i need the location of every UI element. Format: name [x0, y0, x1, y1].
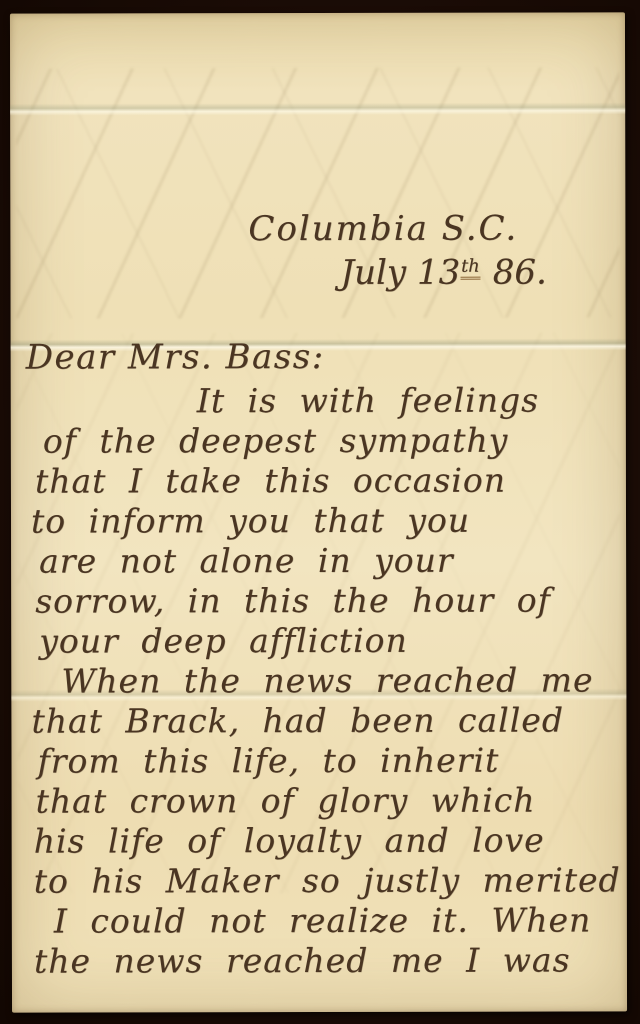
date-ordinal-superscript: th [460, 256, 481, 279]
letter-body: It is with feelings of the deepest sympa… [25, 380, 621, 981]
dateline-date: July 13th86. [248, 252, 628, 293]
letter-line: that crown of glory which [26, 780, 621, 821]
letter-line: that Brack, had been called [25, 700, 620, 741]
letter-line: to his Maker so justly merited [26, 860, 621, 901]
paper-crease [10, 102, 625, 115]
letter-line: I could not realize it. When [26, 900, 621, 941]
letter-line: It is with feelings [25, 380, 620, 421]
date-month-day: July 13 [340, 253, 460, 293]
letter-dateline: Columbia S.C. July 13th86. [248, 208, 628, 293]
date-year: 86. [493, 253, 547, 293]
letter-line: the news reached me I was [26, 940, 621, 981]
salutation: Dear Mrs. Bass: [26, 337, 325, 378]
letter-line: are not alone in your [25, 540, 620, 581]
letter-line: When the news reached me [25, 660, 620, 701]
dateline-place: Columbia S.C. [248, 208, 628, 249]
letter-page: Columbia S.C. July 13th86. Dear Mrs. Bas… [10, 12, 627, 1012]
letter-line: sorrow, in this the hour of [25, 580, 620, 621]
letter-line: from this life, to inherit [25, 740, 620, 781]
letter-line: that I take this occasion [25, 460, 620, 501]
letter-line: your deep affliction [25, 620, 620, 661]
letter-line: to inform you that you [25, 500, 620, 541]
letter-line: his life of loyalty and love [26, 820, 621, 861]
letter-line: of the deepest sympathy [25, 420, 620, 461]
photo-background: Columbia S.C. July 13th86. Dear Mrs. Bas… [0, 0, 640, 1024]
